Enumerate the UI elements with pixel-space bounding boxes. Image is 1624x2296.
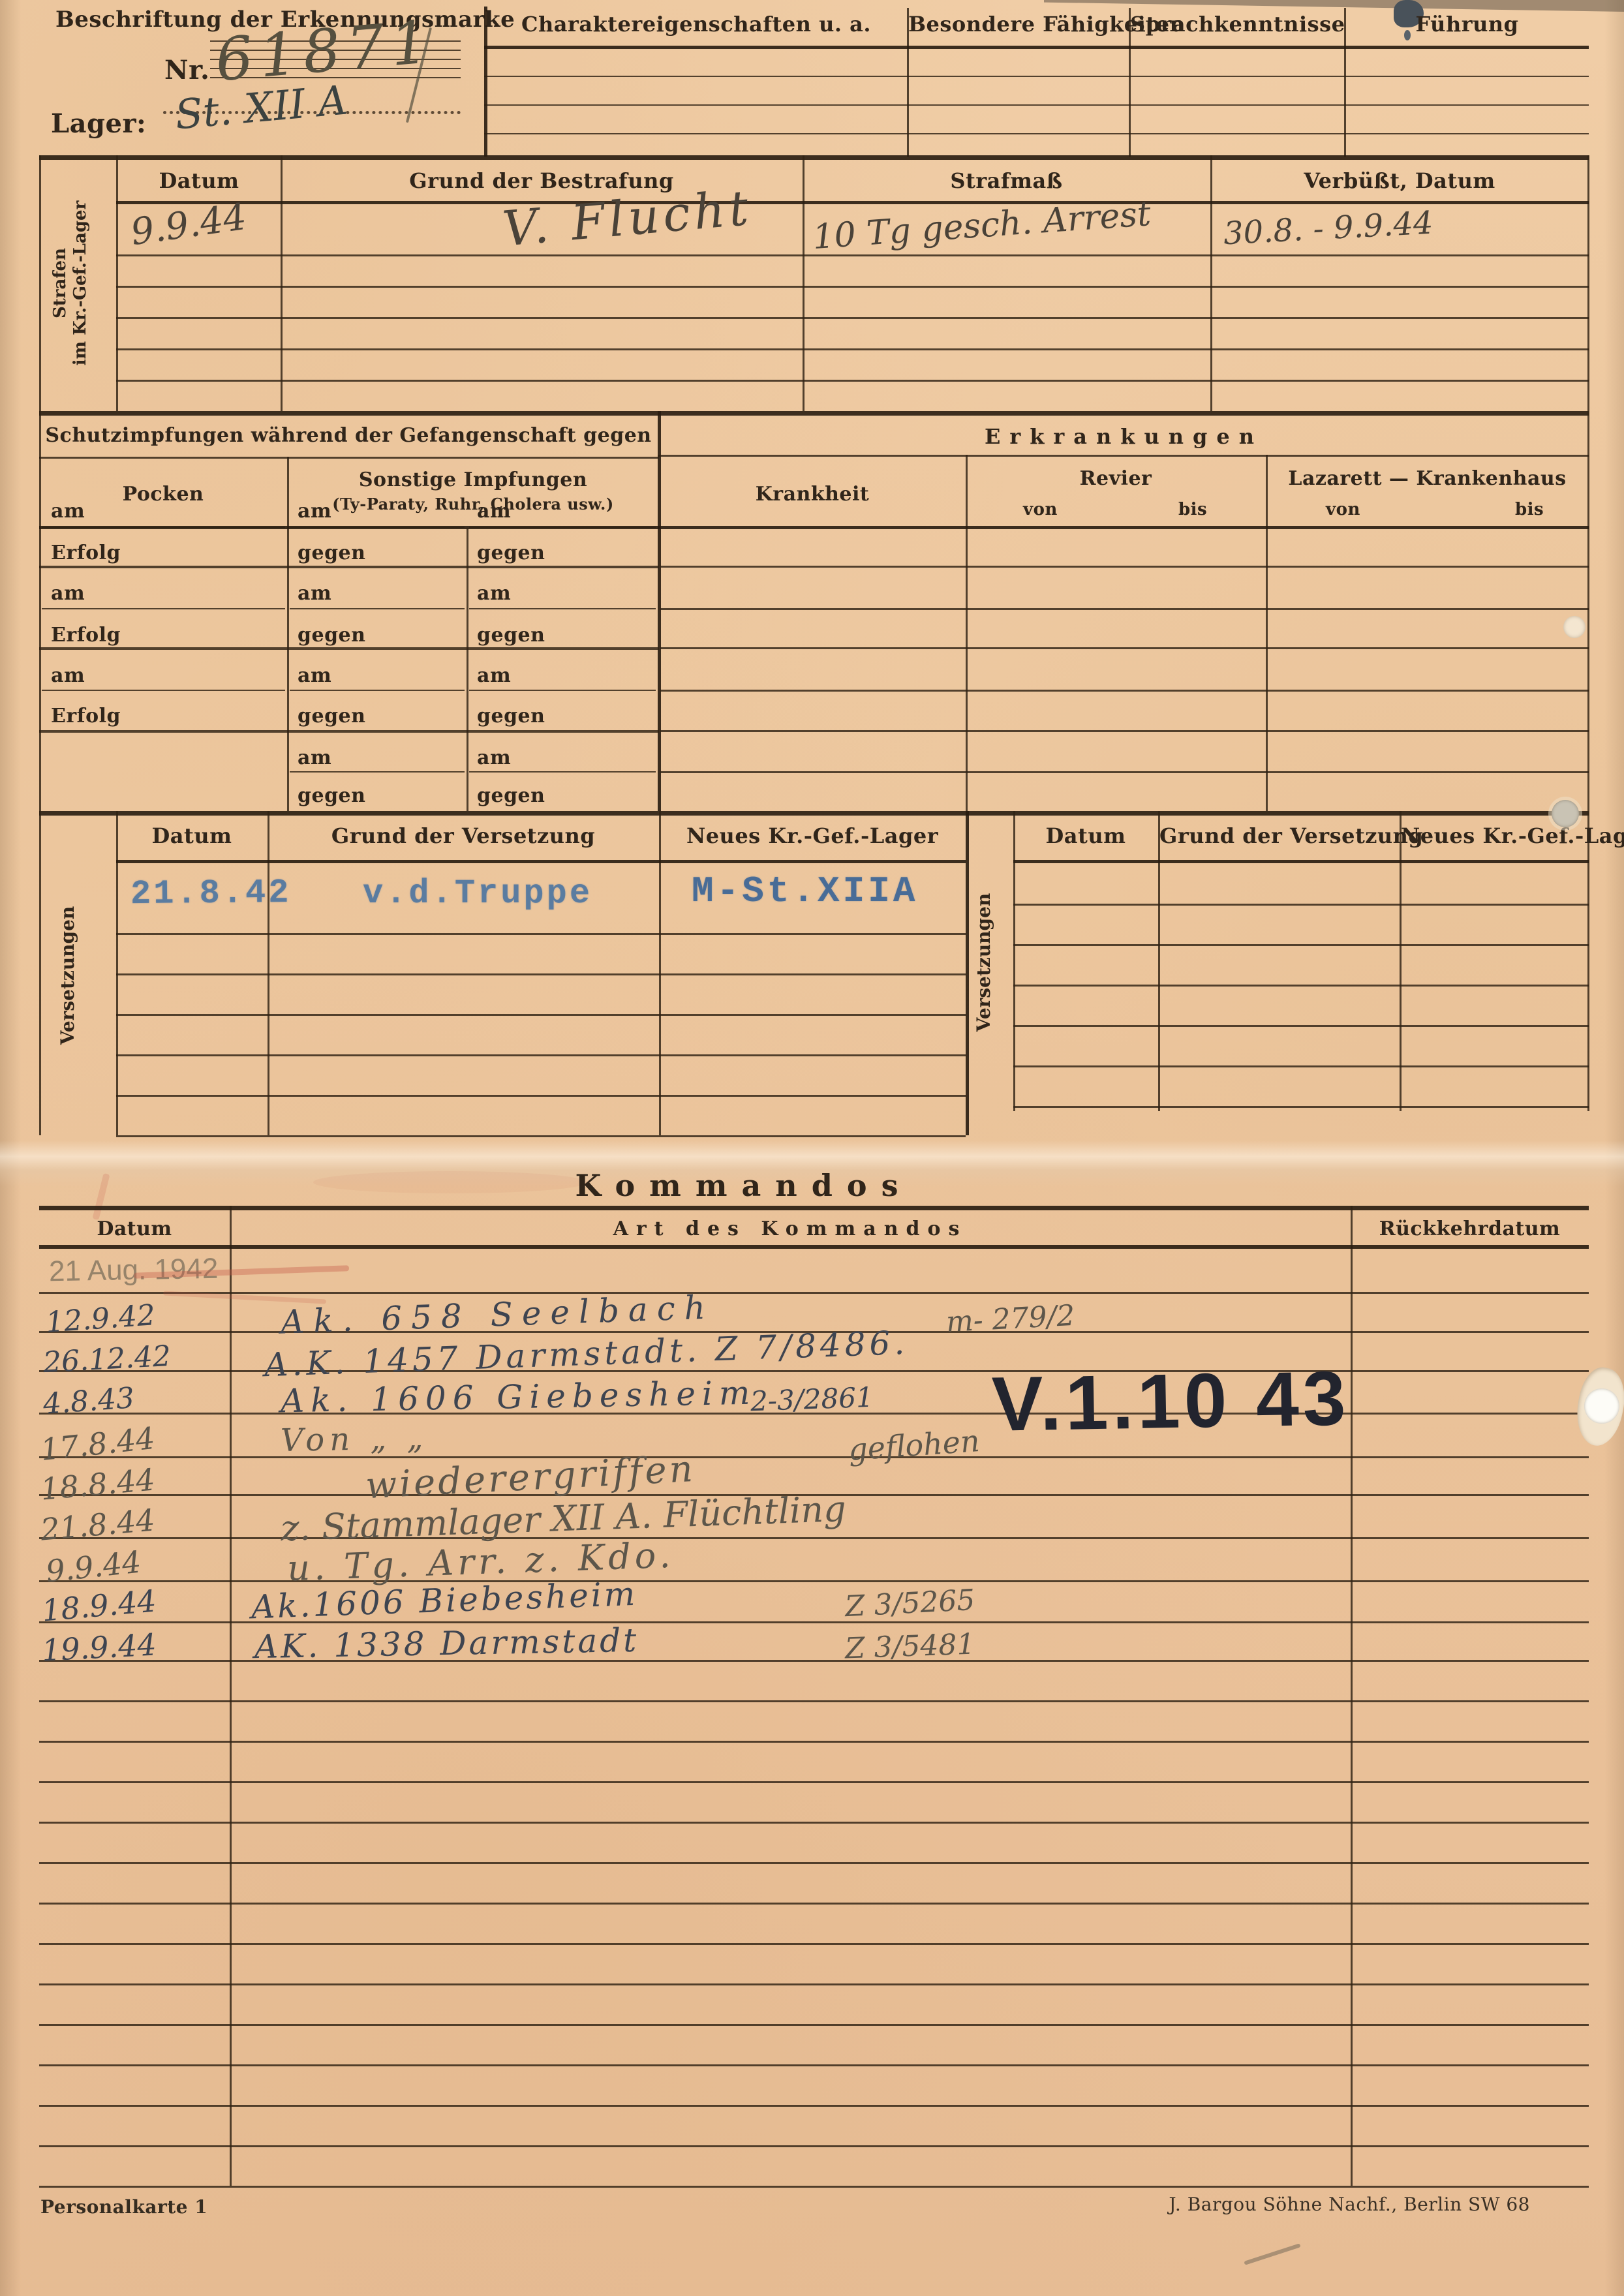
kommando-note: m- 279/2 [945, 1299, 1076, 1339]
kommando-date: 21.8.44 [39, 1502, 157, 1547]
erkrank-row-line [660, 690, 1589, 692]
row-line [484, 133, 1589, 134]
impf-gegen-label: gegen [298, 542, 365, 564]
strafen-side-label-line1: Strafen [50, 248, 70, 318]
impf-cell-line [469, 527, 656, 528]
header-underline [484, 46, 1589, 49]
erkrank-revier-bis: bis [1178, 500, 1207, 519]
impf-gegen-label: gegen [298, 784, 365, 807]
impf-pair-line [39, 730, 659, 733]
kommando-note: 2-3/2861 [750, 1381, 874, 1418]
impf-top-border [39, 411, 1589, 416]
erkrank-lazarett-von: von [1326, 500, 1360, 519]
impf-cell-line [42, 608, 285, 609]
impf-am-label: am [477, 582, 511, 605]
erkrank-row-line [660, 730, 1589, 732]
impf-col-sonstige-2: (Ty-Paraty, Ruhr, Cholera usw.) [288, 495, 658, 513]
impf-am-label: am [477, 664, 511, 687]
impf-col-sonstige-1: Sonstige Impfungen [288, 468, 658, 491]
lager-label: Lager: [51, 108, 146, 139]
kommandos-col-art: Art des Kommandos [231, 1217, 1349, 1240]
versetz2-row-line [1013, 1025, 1589, 1027]
erkrank-col-lazarett: Lazarett — Krankenhaus [1267, 467, 1587, 490]
versetz2-col-grund: Grund der Versetzung [1159, 823, 1398, 848]
kommandos-col-rueckkehr: Rückkehrdatum [1352, 1217, 1587, 1240]
impf-pair-line [39, 566, 659, 568]
impf-col-divider [287, 457, 289, 811]
strafen-row-line [116, 254, 1589, 256]
kommandos-row-line [39, 1537, 1589, 1539]
kommando-date: 19.9.44 [41, 1627, 157, 1668]
strafen-row-line [116, 348, 1589, 350]
kommandos-row-line [39, 2145, 1589, 2147]
erkrank-row-line [660, 771, 1589, 773]
impfungen-title: Schutzimpfungen während der Gefangenscha… [40, 424, 656, 447]
strafen-left-border [39, 155, 41, 411]
strafen-col-divider [1210, 155, 1212, 411]
kommando-note: Z 3/5481 [844, 1628, 975, 1666]
impf-cell-line [290, 527, 465, 528]
impf-am-label: am [51, 664, 85, 687]
strafen-entry-datum: 9.9.44 [128, 196, 249, 254]
strafen-row-line [116, 286, 1589, 288]
kommando-date: 18.8.44 [39, 1462, 157, 1507]
impf-erfolg-label: Erfolg [51, 624, 121, 647]
strafen-side-label-line2: im Kr.-Gef.-Lager [70, 201, 90, 366]
footer-printer: J. Bargou Söhne Nachf., Berlin SW 68 [1109, 2194, 1530, 2215]
erkrank-col-krankheit: Krankheit [660, 483, 964, 506]
impf-left-border [39, 411, 41, 811]
kommandos-row-line [39, 2024, 1589, 2026]
versetz-left-border [39, 811, 41, 1135]
kommandos-row-line [39, 1456, 1589, 1458]
footer-form-name: Personalkarte 1 [40, 2196, 207, 2218]
impf-erfolg-label: Erfolg [51, 542, 121, 564]
kommandos-rueck-divider [1351, 1206, 1353, 2186]
versetz2-header-underline [1013, 860, 1589, 863]
kommando-date: 4.8.43 [42, 1381, 135, 1421]
versetz-header-underline [116, 860, 966, 863]
impf-cell-line [290, 608, 465, 609]
kommando-entry: Von „ „ [281, 1420, 429, 1459]
versetz-row-line [116, 1095, 966, 1097]
punch-hole [1584, 1388, 1619, 1424]
kommando-entry: AK. 1338 Darmstadt [254, 1621, 639, 1666]
impf-cell-line [290, 771, 465, 773]
impf-gegen-label: gegen [477, 624, 545, 647]
versetz-row-line [116, 1054, 966, 1056]
kommandos-row-line [39, 1781, 1589, 1783]
kommando-note: Z 3/5265 [844, 1584, 976, 1623]
impf-right-border [1587, 411, 1589, 811]
kommandos-row-line [39, 2064, 1589, 2066]
strafen-col-divider [281, 155, 283, 411]
nr-label: Nr. [164, 55, 209, 85]
kommandos-title: Kommandos [450, 1168, 1037, 1203]
kommandos-header-underline [39, 1245, 1589, 1249]
impf-am-label: am [298, 664, 331, 687]
impf-cell-line [42, 527, 285, 528]
strafen-header-underline [116, 201, 1589, 204]
strafen-col-strafmass: Strafmaß [804, 168, 1209, 193]
kommandos-top-border [39, 1206, 1589, 1210]
versetz-stamp-grund: v.d.Truppe [363, 874, 592, 913]
strafen-top-border [39, 155, 1589, 160]
versetz-row-line [116, 973, 966, 975]
kommandos-row-line [39, 1822, 1589, 1824]
kommandos-row-line [39, 2186, 1589, 2188]
impf-col-divider [467, 528, 468, 811]
kommando-note: geflohen [847, 1423, 981, 1467]
impf-gegen-label: gegen [477, 784, 545, 807]
versetz-stamp-datum: 21.8.42 [130, 874, 292, 913]
versetz2-row-line [1013, 1106, 1589, 1108]
erkrankungen-title: Erkrankungen [659, 424, 1589, 449]
kommando-date: 17.8.44 [39, 1420, 157, 1467]
impf-am-label: am [298, 500, 331, 523]
versetz-col-lager: Neues Kr.-Gef.-Lager [660, 823, 964, 848]
versetzungen-side-label: Versetzungen [57, 878, 89, 1073]
impf-cell-line [469, 771, 656, 773]
versetz2-row-line [1013, 1065, 1589, 1067]
strafen-col-datum: Datum [119, 168, 279, 193]
impf-am-label: am [477, 500, 511, 523]
erkrank-col-divider [1266, 455, 1268, 811]
strafen-right-border [1587, 155, 1589, 411]
impf-am-label: am [298, 746, 331, 769]
erkrank-row-line [660, 647, 1589, 649]
kommandos-datum-divider [230, 1206, 232, 2186]
versetz2-row-line [1013, 944, 1589, 946]
erkrank-subheader-underline [658, 526, 1589, 529]
versetz2-col-lager: Neues Kr.-Gef.-Lager [1401, 823, 1587, 848]
impf-erfolg-label: Erfolg [51, 705, 121, 727]
kommandos-row-line [39, 1741, 1589, 1743]
versetz2-col-datum: Datum [1015, 823, 1157, 848]
impf-cell-line [469, 608, 656, 609]
kommandos-row-line [39, 1862, 1589, 1864]
impf-erkrank-divider [658, 411, 661, 811]
row-line [484, 104, 1589, 106]
impf-gegen-label: gegen [298, 705, 365, 727]
erkrank-title-underline [658, 455, 1589, 457]
impf-am-label: am [298, 582, 331, 605]
erkrank-row-line [660, 608, 1589, 610]
strafen-col-verbuesst: Verbüßt, Datum [1212, 168, 1587, 193]
personalkarte-document: Beschriftung der Erkennungsmarke Nr. 618… [0, 0, 1624, 2296]
impf-gegen-label: gegen [477, 705, 545, 727]
versetz2-row-line [1013, 985, 1589, 987]
impf-am-label: am [51, 500, 85, 523]
strafen-col-divider [803, 155, 804, 411]
row-line [484, 76, 1589, 77]
impf-am-label: am [477, 746, 511, 769]
impf-gegen-label: gegen [477, 542, 545, 564]
impf-am-label: am [51, 582, 85, 605]
strafen-entry-verbuesst: 30.8. - 9.9.44 [1223, 205, 1434, 253]
versetz2-row-line [1013, 904, 1589, 906]
kommandos-col-datum: Datum [40, 1217, 228, 1240]
erkrank-col-divider [966, 455, 968, 811]
erkrank-col-revier: Revier [967, 467, 1264, 490]
strafen-side-label: Strafen im Kr.-Gef.-Lager [50, 166, 102, 401]
versetz-col-grund: Grund der Versetzung [269, 823, 658, 848]
pencil-squiggle [1244, 2243, 1300, 2265]
strafen-label-divider [116, 155, 118, 411]
col-faehigkeiten: Besondere Fähigkeiten [908, 12, 1127, 37]
impf-gegen-label: gegen [298, 624, 365, 647]
versetzungen-side-label: Versetzungen [973, 865, 1005, 1060]
impf-cell-line [290, 690, 465, 691]
versetz-top-border [39, 811, 1589, 816]
punch-hole [1563, 616, 1586, 638]
impf-pair-line [39, 647, 659, 650]
erkrank-revier-von: von [1023, 500, 1058, 519]
col-sprachen: Sprachkenntnisse [1130, 12, 1343, 37]
versetz-table-divider [966, 811, 969, 1135]
kommandos-row-line [39, 1943, 1589, 1945]
versetz-row-line [116, 1135, 966, 1137]
versetz-stamp-lager: M-St.XIIA [692, 870, 918, 912]
kommandos-row-line [39, 2105, 1589, 2107]
kommandos-row-line [39, 1700, 1589, 1702]
control-stamp: V.1.10 43 [991, 1354, 1351, 1449]
versetz-col-datum: Datum [117, 823, 266, 848]
col-fuehrung: Führung [1345, 12, 1589, 37]
col-charakter: Charaktereigenschaften u. a. [487, 12, 905, 37]
versetz-row-line [116, 933, 966, 935]
kommandos-row-line [39, 1903, 1589, 1905]
strafen-row-line [116, 380, 1589, 382]
erkrank-lazarett-bis: bis [1515, 500, 1544, 519]
impf-cell-line [42, 690, 285, 691]
kommando-date: 12.9.42 [44, 1298, 156, 1339]
kommando-date: 9.9.44 [44, 1544, 143, 1589]
strafen-row-line [116, 317, 1589, 319]
impf-title-underline [39, 457, 659, 459]
kommandos-row-line [39, 1292, 1589, 1294]
versetz-row-line [116, 1014, 966, 1016]
erkrank-row-line [660, 566, 1589, 568]
kommandos-row-line [39, 1580, 1589, 1582]
punch-hole [1552, 800, 1579, 827]
impf-cell-line [469, 690, 656, 691]
kommando-date: 26.12.42 [42, 1339, 172, 1379]
kommandos-row-line [39, 1983, 1589, 1985]
scan-edge-shadow [1044, 0, 1624, 12]
